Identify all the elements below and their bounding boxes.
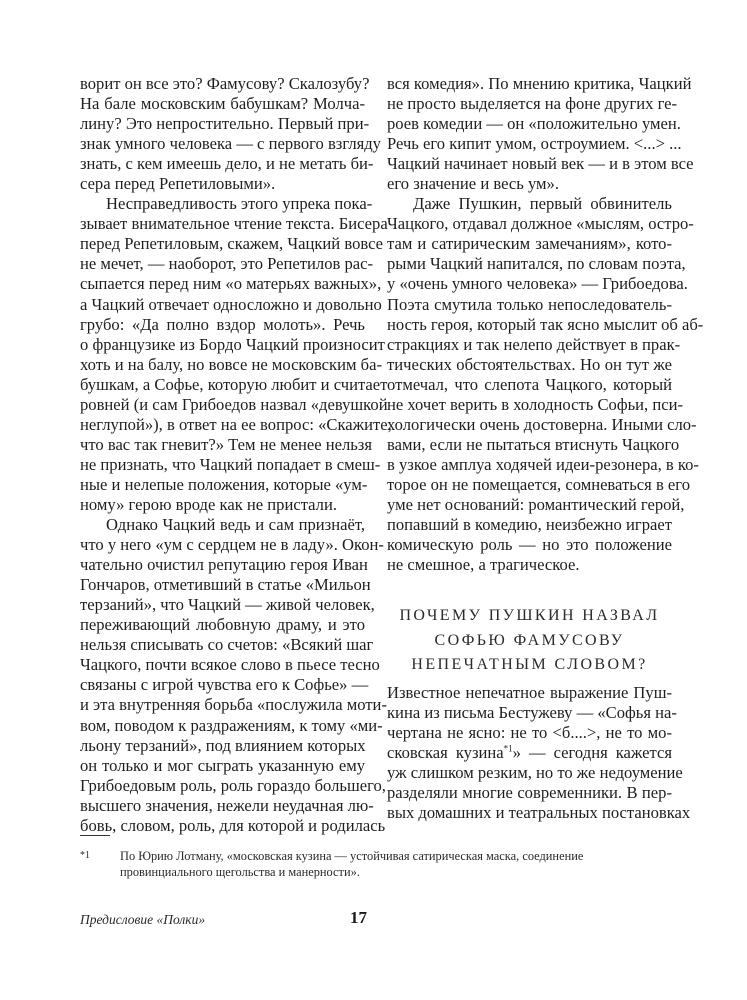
text-line: хоть и на балу, но вовсе не московским б…: [80, 355, 365, 375]
text-line: в узкое амплуа ходячей идеи-резонера, в …: [387, 455, 672, 475]
text-line: у «очень умного человека» — Грибоедова.: [387, 274, 672, 294]
text-fragment: » — сегодня кажется: [513, 743, 672, 762]
text-line: знать, с кем имеешь дело, и не метать би…: [80, 154, 365, 174]
text-line: о французике из Бордо Чацкий произносит: [80, 335, 365, 355]
text-line: уме нет оснований: романтический герой,: [387, 495, 672, 515]
text-line: лину? Это непростительно. Первый при-: [80, 114, 365, 134]
text-line: попавший в комедию, неизбежно играет: [387, 515, 672, 535]
text-line: сыпается перед ним «о матерьях важных»,: [80, 274, 365, 294]
text-line: Грибоедовым роль, роль гораздо большего,: [80, 776, 365, 796]
text-line: Чацкого, почти всякое слово в пьесе тесн…: [80, 655, 365, 675]
text-line: Речь его кипит умом, остроумием. <...> .…: [387, 134, 672, 154]
text-line: вся комедия». По мнению критика, Чацкий: [387, 74, 672, 94]
text-line: не хочет верить в холодность Софьи, пси-: [387, 395, 672, 415]
text-line: грубо: «Да полно вздор молоть». Речь: [80, 315, 365, 335]
text-line: вых домашних и театральных постановках: [387, 803, 672, 823]
heading-line: СОФЬЮ ФАМУСОВУ: [387, 629, 672, 654]
page-number: 17: [350, 908, 367, 928]
text-line: ному» герою вроде как не пристали.: [80, 495, 365, 515]
text-line: переживающий любовную драму, и это: [80, 615, 365, 635]
text-line: рыми Чацкий напитался, по словам поэта,: [387, 254, 672, 274]
section-body: Известное непечатное выражение Пуш- кина…: [387, 683, 672, 823]
text-line: ность героя, который так ясно мыслит об …: [387, 315, 672, 335]
text-line: перед Репетиловым, скажем, Чацкий вовсе: [80, 234, 365, 254]
text-line: Поэта смутила только непоследователь-: [387, 295, 672, 315]
text-line: не просто выделяется на фоне других ге-: [387, 94, 672, 114]
text-line: отмечал, что слепота Чацкого, который: [387, 375, 672, 395]
text-line: комическую роль — но это положение: [387, 535, 672, 555]
running-title: Предисловие «Полки»: [80, 912, 205, 928]
text-line: ные и нелепые положения, которые «ум-: [80, 475, 365, 495]
footnote-divider: [80, 835, 110, 836]
footnote-reference[interactable]: *1: [504, 744, 513, 754]
text-line: терзаний», что Чацкий — живой человек,: [80, 595, 365, 615]
text-line: бушкам, а Софье, которую любит и считает: [80, 375, 365, 395]
text-fragment: сковская кузина: [387, 743, 504, 762]
text-line: Известное непечатное выражение Пуш-: [387, 683, 672, 703]
text-line: Гончаров, отметивший в статье «Мильон: [80, 575, 365, 595]
text-line: его значение и весь ум».: [387, 174, 672, 194]
paragraph-start-line: Однако Чацкий ведь и сам признаёт,: [80, 515, 365, 535]
footnote: *1 По Юрию Лотману, «московская кузина —…: [80, 848, 640, 880]
text-line: вом, поводом к раздражениям, к тому «ми-: [80, 716, 365, 736]
text-line: стракциях и так нелепо действует в прак-: [387, 335, 672, 355]
footnote-text: По Юрию Лотману, «московская кузина — ус…: [120, 848, 640, 880]
text-line: ворит он все это? Фамусову? Скалозубу?: [80, 74, 365, 94]
text-line: высшего значения, нежели неудачная лю-: [80, 796, 365, 816]
paragraph-start-line: Даже Пушкин, первый обвинитель: [387, 194, 672, 214]
text-line: чертана не ясно: не то <б....>, не то мо…: [387, 723, 672, 743]
text-line: неглупой»), в ответ на ее вопрос: «Скажи…: [80, 415, 365, 435]
text-line: зывает внимательное чтение текста. Бисер…: [80, 214, 365, 234]
text-line: На бале московским бабушкам? Молча-: [80, 94, 365, 114]
text-line: торое он не помещается, сомневаться в ег…: [387, 475, 672, 495]
text-line: знак умного человека — с первого взгляду: [80, 134, 365, 154]
text-line: разделяли многие современники. В пер-: [387, 783, 672, 803]
text-line: а Чацкий отвечает односложно и довольно: [80, 295, 365, 315]
text-line: не смешное, а трагическое.: [387, 555, 672, 575]
text-line: сера перед Репетиловыми».: [80, 174, 365, 194]
heading-line: ПОЧЕМУ ПУШКИН НАЗВАЛ: [387, 604, 672, 629]
text-line-with-footnote: сковская кузина*1» — сегодня кажется: [387, 743, 672, 763]
text-line: не признать, что Чацкий попадает в смеш-: [80, 455, 365, 475]
heading-line: НЕПЕЧАТНЫМ СЛОВОМ?: [387, 653, 672, 678]
paragraph-start-line: Несправедливость этого упрека пока-: [80, 194, 365, 214]
text-line: он только и мог сыграть указанную ему: [80, 756, 365, 776]
footnote-marker: *1: [80, 848, 90, 864]
text-line: чательно очистил репутацию героя Иван: [80, 555, 365, 575]
text-line: нельзя списывать со счетов: «Всякий шаг: [80, 635, 365, 655]
text-line: связаны с игрой чувства его к Софье» —: [80, 675, 365, 695]
text-line: хологически очень достоверна. Иными сло-: [387, 415, 672, 435]
text-line: тических обстоятельствах. Но он тут же: [387, 355, 672, 375]
right-column: вся комедия». По мнению критика, Чацкий …: [387, 74, 672, 575]
text-line: что у него «ум с сердцем не в ладу». Око…: [80, 535, 365, 555]
left-column: ворит он все это? Фамусову? Скалозубу? Н…: [80, 74, 365, 836]
text-line: и эта внутренняя борьба «послужила моти-: [80, 695, 365, 715]
section-heading: ПОЧЕМУ ПУШКИН НАЗВАЛ СОФЬЮ ФАМУСОВУ НЕПЕ…: [387, 604, 672, 678]
text-line: ровней (и сам Грибоедов назвал «девушкой: [80, 395, 365, 415]
text-line: не мечет, — наоборот, это Репетилов рас-: [80, 254, 365, 274]
text-line: кина из письма Бестужеву — «Софья на-: [387, 703, 672, 723]
text-line: бовь, словом, роль, для которой и родила…: [80, 816, 365, 836]
text-line: вами, если не пытаться втиснуть Чацкого: [387, 435, 672, 455]
text-line: роев комедии — он «положительно умен.: [387, 114, 672, 134]
text-line: что вас так гневит?» Тем не менее нельзя: [80, 435, 365, 455]
text-line: Чацкого, отдавал должное «мыслям, остро-: [387, 214, 672, 234]
text-line: уж слишком резким, но то же недоумение: [387, 763, 672, 783]
text-line: там и сатирическим замечаниям», кото-: [387, 234, 672, 254]
text-line: льону терзаний», под влиянием которых: [80, 736, 365, 756]
text-line: Чацкий начинает новый век — и в этом все: [387, 154, 672, 174]
